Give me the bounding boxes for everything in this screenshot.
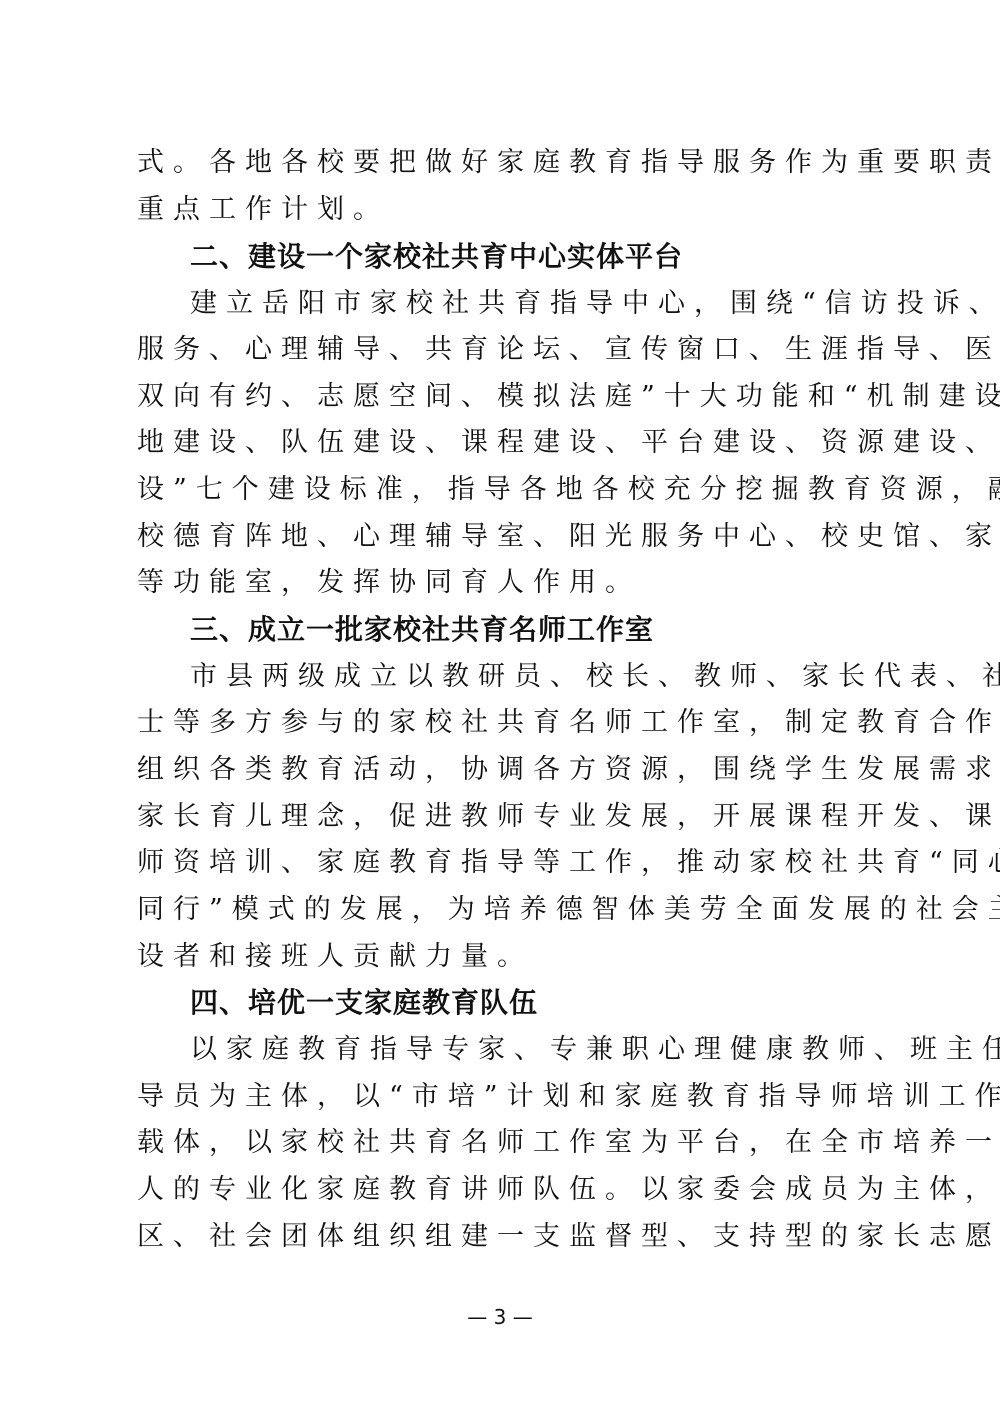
page-number: — 3 —: [0, 1305, 1000, 1329]
body-line: 双向有约、志愿空间、模拟法庭”十大功能和“机制建设、阵: [137, 377, 867, 417]
section-heading-3: 三、成立一批家校社共育名师工作室: [190, 610, 654, 650]
section-heading-2: 二、建设一个家校社共育中心实体平台: [190, 237, 683, 277]
body-line: 师资培训、家庭教育指导等工作，推动家校社共育“同心同频: [137, 843, 867, 883]
body-line: 人的专业化家庭教育讲师队伍。以家委会成员为主体，面向社: [137, 1170, 867, 1210]
body-line: 地建设、队伍建设、课程建设、平台建设、资源建设、评价建: [137, 423, 867, 463]
body-line: 以家庭教育指导专家、专兼职心理健康教师、班主任、辅: [190, 1030, 920, 1070]
body-line: 导员为主体，以“市培”计划和家庭教育指导师培训工作坊为: [137, 1077, 867, 1117]
section-heading-4: 四、培优一支家庭教育队伍: [190, 983, 538, 1023]
body-line: 等功能室，发挥协同育人作用。: [137, 563, 867, 603]
body-line: 同行”模式的发展，为培养德智体美劳全面发展的社会主义建: [137, 890, 867, 930]
body-line: 设”七个建设标准，指导各地各校充分挖掘教育资源，融合学: [137, 470, 867, 510]
body-line: 建立岳阳市家校社共育指导中心，围绕“信访投诉、咨询: [190, 284, 920, 324]
body-line: 服务、心理辅导、共育论坛、宣传窗口、生涯指导、医教协同、: [137, 330, 867, 370]
document-page: 式。各地各校要把做好家庭教育指导服务作为重要职责，纳入 重点工作计划。 二、建设…: [0, 0, 1000, 1414]
body-line: 组织各类教育活动，协调各方资源，围绕学生发展需求，提升: [137, 750, 867, 790]
body-line: 设者和接班人贡献力量。: [137, 937, 867, 977]
body-line: 士等多方参与的家校社共育名师工作室，制定教育合作协议，: [137, 703, 867, 743]
body-line: 区、社会团体组织组建一支监督型、支持型的家长志愿服务队: [137, 1217, 867, 1257]
body-line: 载体，以家校社共育名师工作室为平台，在全市培养一支300余: [137, 1123, 867, 1163]
body-line: 市县两级成立以教研员、校长、教师、家长代表、社会人: [190, 657, 920, 697]
body-line: 校德育阵地、心理辅导室、阳光服务中心、校史馆、家长学校: [137, 517, 867, 557]
body-line: 家长育儿理念，促进教师专业发展，开展课程开发、课题研究、: [137, 797, 867, 837]
body-line: 式。各地各校要把做好家庭教育指导服务作为重要职责，纳入: [137, 143, 867, 183]
body-line: 重点工作计划。: [137, 190, 867, 230]
